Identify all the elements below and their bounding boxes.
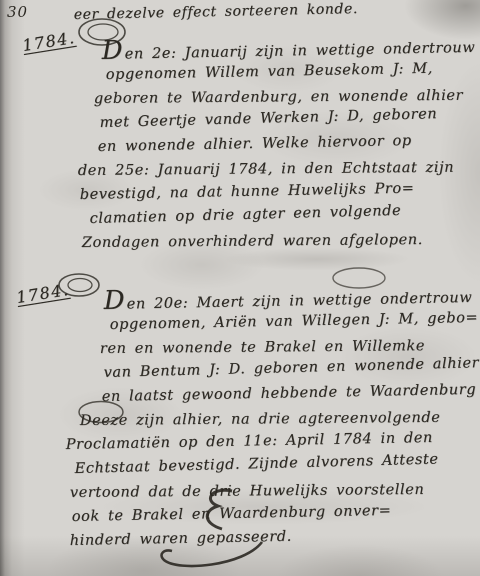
header-line: eer dezelve effect sorteeren konde. (74, 1, 358, 23)
page-number: 30 (7, 3, 28, 21)
manuscript-scan: 30 eer dezelve effect sorteeren konde. 1… (0, 0, 480, 576)
margin-year: 1784. (21, 28, 77, 55)
entry-text: Den 2e: Januarij zijn in wettige ondertr… (88, 40, 474, 256)
margin-year: 1784. (15, 280, 71, 307)
entry-text: Den 20e: Maert zijn in wettige ondertrou… (88, 290, 474, 554)
manuscript-line: Zondagen onverhinderd waren afgelopen. (82, 229, 474, 256)
